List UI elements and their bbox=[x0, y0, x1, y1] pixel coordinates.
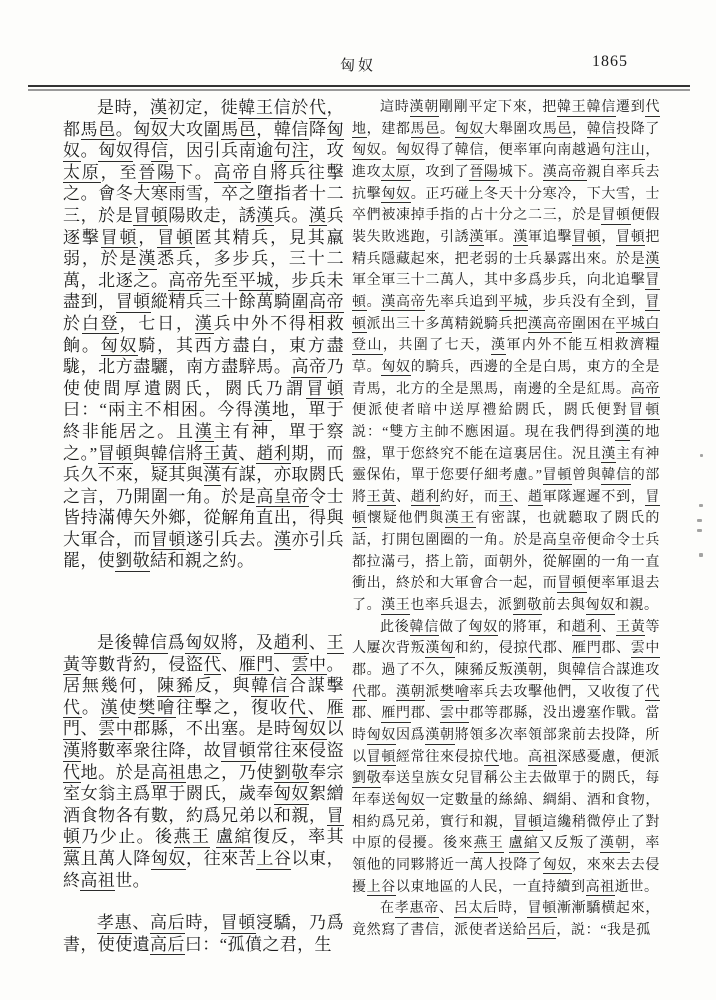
proper-noun-underline: 趙利 bbox=[274, 633, 309, 654]
proper-noun-underline: 馬邑 bbox=[221, 120, 256, 141]
scan-artifact bbox=[697, 519, 702, 522]
proper-noun-underline: 高帝 bbox=[168, 271, 203, 292]
proper-noun-underline: 漢朝 bbox=[513, 663, 542, 680]
proper-noun-underline: 冒頓 bbox=[221, 913, 256, 934]
proper-noun-underline: 冒頓 bbox=[601, 208, 630, 225]
proper-noun-underline: 漢 bbox=[645, 252, 660, 269]
proper-noun-underline: 信 bbox=[151, 141, 169, 162]
proper-noun-underline: 代 bbox=[352, 685, 367, 702]
proper-noun-underline: 馬邑 bbox=[411, 122, 440, 139]
proper-noun-underline: 高帝 bbox=[309, 292, 344, 313]
proper-noun-underline: 太原 bbox=[63, 163, 101, 184]
paragraph: 在孝惠帝、呂太后時，冒頓漸漸驕横起來，竟然寫了書信，派使者送給呂后，説：“我是孤 bbox=[352, 898, 660, 941]
proper-noun-underline: 雲中 bbox=[98, 719, 133, 740]
proper-noun-underline: 高帝 bbox=[291, 357, 326, 378]
proper-noun-underline: 漢 bbox=[195, 422, 214, 443]
paragraph: 是後韓信爲匈奴將，及趙利、王黃等數背約，侵盜代、雁門、雲中。居無幾何，陳豨反，與… bbox=[63, 632, 344, 891]
proper-noun-underline: 太原 bbox=[381, 165, 410, 182]
proper-noun-underline: 冒頓 bbox=[616, 230, 645, 247]
proper-noun-underline: 韓王信 bbox=[238, 98, 291, 119]
proper-noun-underline: 冒頓 bbox=[98, 444, 133, 465]
proper-noun-underline: 句注 bbox=[274, 141, 309, 162]
proper-noun-underline: 韓信 bbox=[587, 122, 616, 139]
proper-noun-underline: 韓信 bbox=[455, 143, 484, 160]
proper-noun-underline: 漢 bbox=[63, 741, 81, 762]
proper-noun-underline: 高帝 bbox=[631, 382, 660, 399]
proper-noun-underline: 句注山 bbox=[601, 143, 645, 160]
proper-noun-underline: 馬邑 bbox=[81, 120, 116, 141]
proper-noun-underline: 韓信 bbox=[586, 100, 616, 117]
proper-noun-underline: 劉敬 bbox=[513, 598, 542, 615]
proper-noun-underline: 匈奴 bbox=[455, 122, 484, 139]
proper-noun-underline: 盧綰 bbox=[509, 836, 539, 853]
proper-noun-underline: 匈奴 bbox=[274, 784, 309, 805]
proper-noun-underline: 平城 bbox=[616, 317, 645, 334]
proper-noun-underline: 漢 bbox=[309, 206, 327, 227]
proper-noun-underline: 代 bbox=[63, 698, 82, 719]
proper-noun-underline: 晉陽 bbox=[138, 163, 176, 184]
proper-noun-underline: 韓信 bbox=[151, 444, 186, 465]
proper-noun-underline: 匈奴 bbox=[396, 793, 425, 810]
paragraph: 這時漢朝剛剛平定下來，把韓王韓信遷到代地，建都馬邑。匈奴大舉圍攻馬邑，韓信投降了… bbox=[352, 97, 660, 617]
proper-noun-underline: 漢朝 bbox=[396, 685, 425, 702]
proper-noun-underline: 雁門 bbox=[239, 655, 274, 676]
proper-noun-underline: 韓王 bbox=[557, 100, 587, 117]
proper-noun-underline: 匈奴 bbox=[185, 633, 220, 654]
proper-noun-underline: 代 bbox=[528, 641, 543, 658]
proper-noun-underline: 代 bbox=[204, 655, 222, 676]
proper-noun-underline: 冒頓 bbox=[116, 292, 151, 313]
proper-noun-underline: 冒頓 bbox=[629, 403, 660, 420]
proper-noun-underline: 冒頓 bbox=[557, 576, 586, 593]
proper-noun-underline: 漢 bbox=[150, 98, 168, 119]
proper-noun-underline: 漢 bbox=[491, 338, 506, 355]
proper-noun-underline: 匈奴 bbox=[291, 719, 326, 740]
paragraph: 此後韓信做了匈奴的將軍，和趙利、王黃等人屢次背叛漢匈和約，侵掠代郡、雁門郡、雲中… bbox=[352, 617, 660, 899]
proper-noun-underline: 平城 bbox=[499, 295, 528, 312]
scan-artifact bbox=[699, 504, 703, 507]
proper-noun-underline: 漢 bbox=[425, 641, 440, 658]
proper-noun-underline: 樊噲 bbox=[138, 698, 176, 719]
proper-noun-underline: 匈奴 bbox=[133, 120, 168, 141]
proper-noun-underline: 漢 bbox=[195, 314, 214, 335]
proper-noun-underline: 馬邑 bbox=[543, 122, 572, 139]
proper-noun-underline: 漢 bbox=[138, 249, 157, 270]
proper-noun-underline: 漢王 bbox=[445, 511, 476, 528]
proper-noun-underline: 韓信 bbox=[572, 663, 601, 680]
proper-noun-underline: 盧綰 bbox=[216, 827, 253, 848]
proper-noun-underline: 上谷 bbox=[256, 849, 291, 870]
proper-noun-underline: 雁門 bbox=[572, 641, 601, 658]
proper-noun-underline: 雲中 bbox=[291, 655, 326, 676]
proper-noun-underline: 漢 bbox=[601, 447, 616, 464]
proper-noun-underline: 高后 bbox=[150, 935, 185, 956]
proper-noun-underline: 平城 bbox=[239, 271, 274, 292]
proper-noun-underline: 趙 bbox=[528, 490, 543, 507]
proper-noun-underline: 冒頓 bbox=[221, 741, 256, 762]
paragraph: 孝惠、高后時，冒頓寖驕，乃爲書，使使遺高后曰：“孤僨之君，生 bbox=[63, 912, 344, 955]
proper-noun-underline: 漢朝 bbox=[600, 836, 630, 853]
proper-noun-underline: 漢王 bbox=[381, 598, 410, 615]
page-number: 1865 bbox=[592, 53, 628, 71]
proper-noun-underline: 漢 bbox=[615, 425, 630, 442]
book-page: 匈奴 1865 是時，漢初定，徙韓王信於代，都馬邑。匈奴大攻圍馬邑，韓信降匈奴。… bbox=[0, 0, 716, 1000]
proper-noun-underline: 漢 bbox=[101, 698, 120, 719]
proper-noun-underline: 劉敬 bbox=[352, 771, 381, 788]
proper-noun-underline: 韓信 bbox=[410, 620, 440, 637]
proper-noun-underline: 劉敬 bbox=[115, 551, 150, 572]
proper-noun-underline: 漢朝 bbox=[425, 728, 454, 745]
proper-noun-underline: 燕王 bbox=[474, 836, 504, 853]
proper-noun-underline: 匈奴 bbox=[151, 849, 186, 870]
scan-artifact bbox=[697, 529, 702, 532]
proper-noun-underline: 匈奴 bbox=[381, 360, 410, 377]
proper-noun-underline: 趙利 bbox=[411, 490, 440, 507]
proper-noun-underline: 雲中 bbox=[440, 706, 469, 723]
proper-noun-underline: 匈奴 bbox=[98, 141, 133, 162]
proper-noun-underline: 高帝 bbox=[214, 163, 252, 184]
proper-noun-underline: 代 bbox=[289, 698, 308, 719]
proper-noun-underline: 匈奴 bbox=[586, 598, 615, 615]
proper-noun-underline: 漢 bbox=[513, 230, 528, 247]
proper-noun-underline: 漢高帝 bbox=[528, 317, 572, 334]
proper-noun-underline: 上谷 bbox=[367, 880, 396, 897]
proper-noun-underline: 匈奴 bbox=[543, 858, 572, 875]
proper-noun-underline: 冒頓 bbox=[151, 530, 186, 551]
proper-noun-underline: 高祖 bbox=[151, 763, 186, 784]
proper-noun-underline: 冒頓 bbox=[527, 901, 556, 918]
proper-noun-underline: 漢 bbox=[256, 206, 274, 227]
proper-noun-underline: 代 bbox=[645, 685, 660, 702]
proper-noun-underline: 陳豨 bbox=[157, 676, 195, 697]
proper-noun-underline: 王黃 bbox=[616, 620, 646, 637]
proper-noun-underline: 韓信 bbox=[251, 676, 289, 697]
proper-noun-underline: 高祖 bbox=[586, 880, 615, 897]
proper-noun-underline: 代 bbox=[484, 750, 499, 767]
proper-noun-underline: 王 bbox=[499, 490, 514, 507]
proper-noun-underline: 匈 bbox=[440, 641, 455, 658]
proper-noun-underline: 漢朝 bbox=[410, 100, 440, 117]
proper-noun-underline: 冒頓 bbox=[157, 228, 195, 249]
proper-noun-underline: 漢高帝 bbox=[381, 295, 425, 312]
translation-text-column: 這時漢朝剛剛平定下來，把韓王韓信遷到代地，建都馬邑。匈奴大舉圍攻馬邑，韓信投降了… bbox=[352, 97, 660, 942]
proper-noun-underline: 劉敬 bbox=[274, 763, 309, 784]
proper-noun-underline: 冒頓 bbox=[133, 206, 168, 227]
proper-noun-underline: 高祖 bbox=[80, 871, 115, 892]
proper-noun-underline: 冒頓 bbox=[572, 230, 601, 247]
proper-noun-underline: 孝惠 bbox=[97, 913, 132, 934]
proper-noun-underline: 白登山 bbox=[352, 317, 660, 355]
proper-noun-underline: 漢 bbox=[254, 400, 272, 421]
proper-noun-underline: 匈奴 bbox=[352, 143, 381, 160]
proper-noun-underline: 韓信 bbox=[601, 468, 630, 485]
proper-noun-underline: 樊噲 bbox=[440, 685, 469, 702]
proper-noun-underline: 趙利 bbox=[572, 620, 602, 637]
proper-noun-underline: 高后 bbox=[150, 913, 185, 934]
proper-noun-underline: 匈奴 bbox=[396, 143, 425, 160]
header-rule-dark bbox=[28, 85, 690, 87]
proper-noun-underline: 漢 bbox=[204, 465, 222, 486]
proper-noun-underline: 冒頓 bbox=[513, 815, 542, 832]
proper-noun-underline: 白登 bbox=[82, 314, 120, 335]
proper-noun-underline: 匈奴 bbox=[381, 187, 410, 204]
proper-noun-underline: 晉陽 bbox=[469, 165, 498, 182]
proper-noun-underline: 漢 bbox=[274, 530, 292, 551]
scan-artifact bbox=[700, 454, 703, 457]
proper-noun-underline: 孝惠帝 bbox=[395, 901, 439, 918]
proper-noun-underline: 代 bbox=[309, 98, 327, 119]
classical-text-column: 是時，漢初定，徙韓王信於代，都馬邑。匈奴大攻圍馬邑，韓信降匈奴。匈奴得信，因引兵… bbox=[63, 97, 344, 955]
proper-noun-underline: 匈奴 bbox=[367, 728, 396, 745]
paragraph: 是時，漢初定，徙韓王信於代，都馬邑。匈奴大攻圍馬邑，韓信降匈奴。匈奴得信，因引兵… bbox=[63, 97, 344, 572]
proper-noun-underline: 趙利 bbox=[256, 444, 291, 465]
proper-noun-underline: 漢 bbox=[469, 230, 484, 247]
header-rule-light bbox=[28, 89, 690, 91]
proper-noun-underline: 韓信 bbox=[274, 120, 309, 141]
proper-noun-underline: 雁門 bbox=[381, 706, 410, 723]
proper-noun-underline: 燕王 bbox=[174, 827, 211, 848]
proper-noun-underline: 王黃 bbox=[367, 490, 396, 507]
proper-noun-underline: 匈奴 bbox=[469, 620, 499, 637]
proper-noun-underline: 匈奴 bbox=[101, 336, 139, 357]
proper-noun-underline: 冒頓 bbox=[543, 468, 572, 485]
proper-noun-underline: 陳豨 bbox=[455, 663, 484, 680]
proper-noun-underline: 高祖 bbox=[528, 750, 557, 767]
proper-noun-underline: 漢高帝 bbox=[543, 165, 587, 182]
proper-noun-underline: 高皇帝 bbox=[256, 487, 309, 508]
proper-noun-underline: 代 bbox=[63, 763, 81, 784]
proper-noun-underline: 王黃 bbox=[203, 444, 238, 465]
proper-noun-underline: 呂太后 bbox=[454, 901, 498, 918]
proper-noun-underline: 冒頓 bbox=[101, 228, 139, 249]
proper-noun-underline: 韓信 bbox=[132, 633, 167, 654]
proper-noun-underline: 雲中 bbox=[631, 641, 660, 658]
scan-artifact bbox=[699, 553, 703, 557]
proper-noun-underline: 冒頓 bbox=[367, 750, 396, 767]
proper-noun-underline: 冒頓 bbox=[306, 379, 344, 400]
proper-noun-underline: 高皇帝 bbox=[543, 533, 587, 550]
proper-noun-underline: 呂后 bbox=[527, 923, 556, 940]
